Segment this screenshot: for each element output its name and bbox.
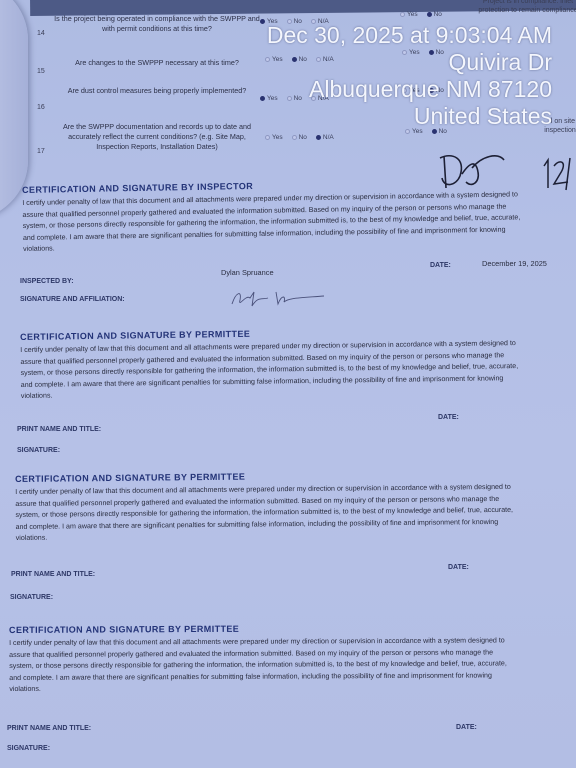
radio-dot-icon — [260, 19, 265, 24]
answer-radio-group: YesNoN/A — [265, 56, 334, 63]
radio-dot-icon — [287, 96, 292, 101]
followup-radio-group: YesNo — [400, 11, 442, 18]
radio-na[interactable]: N/A — [316, 56, 334, 63]
inspector-date-label: DATE: — [430, 262, 451, 269]
radio-label: No — [436, 49, 444, 56]
date-label: DATE: — [456, 724, 477, 731]
radio-no[interactable]: No — [427, 11, 442, 18]
radio-dot-icon — [429, 50, 434, 55]
radio-dot-icon — [292, 135, 297, 140]
permittee-certification-1: CERTIFICATION AND SIGNATURE BY PERMITTEE… — [20, 324, 576, 403]
radio-yes[interactable]: Yes — [260, 95, 278, 102]
radio-dot-icon — [405, 129, 410, 134]
photo-timestamp: Dec 30, 2025 at 9:03:04 AM — [267, 22, 552, 49]
photo-street: Quivira Dr — [448, 49, 552, 76]
signature-label: SIGNATURE: — [7, 745, 50, 752]
radio-label: Yes — [409, 49, 420, 56]
radio-no[interactable]: No — [292, 56, 307, 63]
section-title: CERTIFICATION AND SIGNATURE BY PERMITTEE — [9, 622, 576, 635]
radio-no[interactable]: No — [429, 49, 444, 56]
compliance-note: Project is in compliance. inlet protecti… — [478, 0, 576, 15]
photo-city: Albuquerque NM 87120 — [309, 76, 552, 103]
question-number: 14 — [37, 30, 45, 37]
radio-no[interactable]: No — [292, 134, 307, 141]
print-name-label: PRINT NAME AND TITLE: — [7, 725, 91, 732]
certification-text: I certify under penalty of law that this… — [9, 635, 576, 696]
signature-affiliation-label: SIGNATURE AND AFFILIATION: — [20, 296, 125, 303]
radio-dot-icon — [400, 12, 405, 17]
question-number: 16 — [37, 104, 45, 111]
radio-dot-icon — [260, 96, 265, 101]
radio-yes[interactable]: Yes — [265, 134, 283, 141]
radio-dot-icon — [292, 57, 297, 62]
radio-yes[interactable]: Yes — [400, 11, 418, 18]
radio-label: No — [434, 11, 442, 18]
radio-dot-icon — [316, 135, 321, 140]
radio-label: No — [299, 56, 307, 63]
radio-dot-icon — [427, 12, 432, 17]
radio-label: N/A — [323, 56, 334, 63]
radio-no[interactable]: No — [287, 95, 302, 102]
certification-text: I certify under penalty of law that this… — [22, 188, 576, 256]
followup-radio-group: YesNo — [402, 49, 444, 56]
question-number: 17 — [37, 148, 45, 155]
question-text: Are the SWPPP documentation and records … — [52, 122, 262, 152]
inspector-date-value[interactable]: December 19, 2025 — [482, 259, 547, 268]
permittee-certification-3: CERTIFICATION AND SIGNATURE BY PERMITTEE… — [9, 622, 576, 696]
date-label: DATE: — [438, 414, 459, 421]
radio-label: No — [294, 95, 302, 102]
print-name-label: PRINT NAME AND TITLE: — [17, 426, 101, 433]
inspector-signature[interactable] — [228, 286, 328, 310]
radio-yes[interactable]: Yes — [265, 56, 283, 63]
question-text: Are dust control measures being properly… — [52, 86, 262, 96]
radio-dot-icon — [265, 57, 270, 62]
radio-dot-icon — [316, 57, 321, 62]
radio-dot-icon — [402, 50, 407, 55]
radio-dot-icon — [265, 135, 270, 140]
certification-text: I certify under penalty of law that this… — [15, 481, 576, 545]
photo-country: United States — [414, 103, 552, 130]
answer-radio-group: YesNoN/A — [265, 134, 334, 141]
signature-label: SIGNATURE: — [17, 447, 60, 454]
signature-label: SIGNATURE: — [10, 594, 53, 601]
radio-label: Yes — [407, 11, 418, 18]
permittee-certification-2: CERTIFICATION AND SIGNATURE BY PERMITTEE… — [15, 468, 576, 545]
print-name-label: PRINT NAME AND TITLE: — [11, 571, 95, 578]
document-page: Yes 14Is the project being operated in c… — [0, 0, 576, 768]
question-number: 15 — [37, 68, 45, 75]
inspector-certification: CERTIFICATION AND SIGNATURE BY INSPECTOR… — [22, 175, 576, 256]
radio-label: No — [299, 134, 307, 141]
radio-label: Yes — [267, 95, 278, 102]
inspected-by-value[interactable]: Dylan Spruance — [221, 268, 274, 277]
date-label: DATE: — [448, 564, 469, 571]
radio-label: N/A — [323, 134, 334, 141]
inspected-by-label: INSPECTED BY: — [20, 278, 74, 285]
radio-na[interactable]: N/A — [316, 134, 334, 141]
radio-label: Yes — [272, 134, 283, 141]
radio-yes[interactable]: Yes — [402, 49, 420, 56]
radio-label: Yes — [272, 56, 283, 63]
question-text: Is the project being operated in complia… — [52, 14, 262, 34]
question-text: Are changes to the SWPPP necessary at th… — [52, 58, 262, 68]
certification-text: I certify under penalty of law that this… — [20, 337, 576, 403]
